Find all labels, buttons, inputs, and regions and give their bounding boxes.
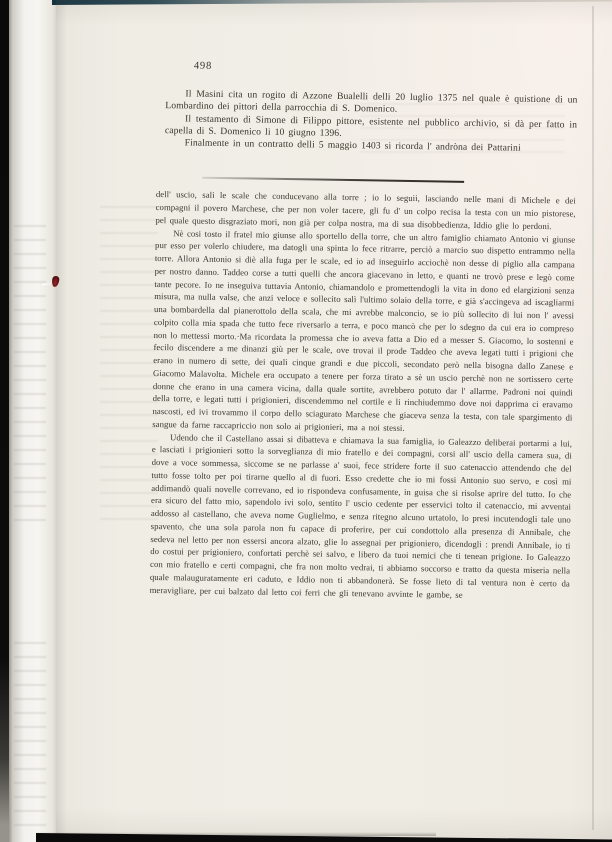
bleed-through-texture xyxy=(14,225,46,525)
bleed-through-texture xyxy=(100,195,158,525)
footnote-section: dell' uscio, sali le scale che conduceva… xyxy=(150,188,576,603)
body-paragraph-1: dell' uscio, sali le scale che conduceva… xyxy=(155,188,576,233)
section-separator-rule xyxy=(202,177,464,183)
intro-section: Il Masini cita un rogito di Azzone Buale… xyxy=(165,88,578,156)
bleed-through-texture xyxy=(14,630,46,830)
book-scan: 498 Il Masini cita un rogito di Azzone B… xyxy=(0,0,612,842)
body-paragraph-2: Nè cosi tosto il fratel mio giunse allo … xyxy=(152,227,575,438)
body-paragraph-3: Udendo che il Castellano assai si dibatt… xyxy=(150,431,573,603)
scan-line-artifact xyxy=(592,6,594,830)
printed-text-block: 498 Il Masini cita un rogito di Azzone B… xyxy=(150,60,578,603)
